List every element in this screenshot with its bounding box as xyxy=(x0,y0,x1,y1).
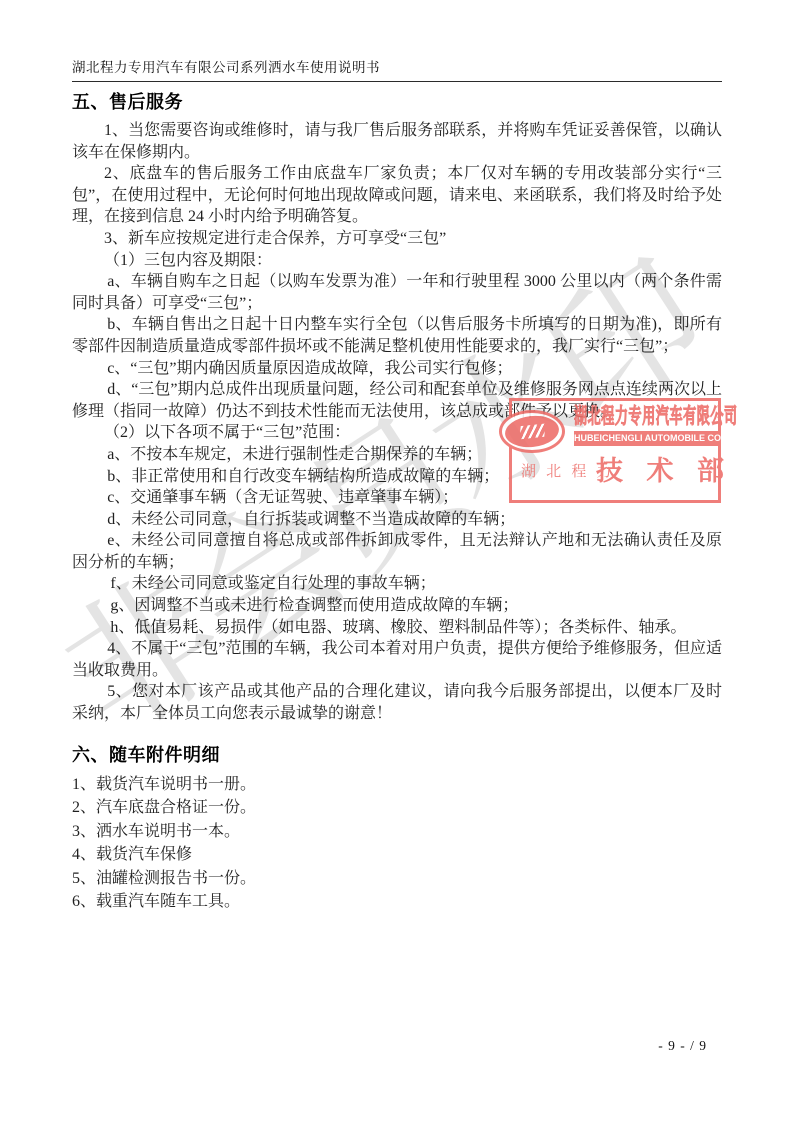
paragraph: g、因调整不当或未进行检查调整而使用造成故障的车辆； xyxy=(72,595,722,617)
list-item: 4、载货汽车保修 xyxy=(72,843,722,867)
paragraph: 5、您对本厂该产品或其他产品的合理化建议，请向我今后服务部提出，以便本厂及时采纳… xyxy=(72,681,722,724)
paragraph: h、低值易耗、易损件（如电器、玻璃、橡胶、塑料制品件等）；各类标件、轴承。 xyxy=(72,617,722,639)
section-after-sales-heading: 五、售后服务 xyxy=(72,88,722,114)
paragraph: b、车辆自售出之日起十日内整车实行全包（以售后服务卡所填写的日期为准)，即所有零… xyxy=(72,314,722,357)
list-item: 1、载货汽车说明书一册。 xyxy=(72,773,722,797)
paragraph: 3、新车应按规定进行走合保养，方可享受“三包” xyxy=(72,228,722,250)
list-item: 2、汽车底盘合格证一份。 xyxy=(72,796,722,820)
paragraph: 1、当您需要咨询或维修时，请与我厂售后服务部联系，并将购车凭证妥善保管，以确认该… xyxy=(72,120,722,163)
chengli-logo-inner xyxy=(504,413,561,449)
paragraph: c、“三包”期内确因质量原因造成故障，我公司实行包修； xyxy=(72,358,722,380)
page-number: - 9 - / 9 xyxy=(658,1038,707,1053)
list-item: 6、载重汽车随车工具。 xyxy=(72,890,722,914)
stamp-department: 技 术 部 xyxy=(596,449,724,488)
paragraph: 4、不属于“三包”范围的车辆，我公司本着对用户负责，提供方便给予维修服务，但应适… xyxy=(72,638,722,681)
paragraph: 2、底盘车的售后服务工作由底盘车厂家负责；本厂仅对车辆的专用改装部分实行“三包”… xyxy=(72,163,722,228)
stamp-company-name: 湖北程力专用汽车有限公司 xyxy=(574,406,738,428)
section-accessories-list: 1、载货汽车说明书一册。2、汽车底盘合格证一份。3、洒水车说明书一本。4、载货汽… xyxy=(72,773,722,914)
section-accessories-heading: 六、随车附件明细 xyxy=(72,741,722,767)
paragraph: e、未经公司同意擅自将总成或部件拆卸成零件，且无法辩认产地和无法确认责任及原因分… xyxy=(72,530,722,573)
stamp-company-name-en: HUBEICHENGLI AUTOMOBILE CO.,LTD xyxy=(574,431,721,446)
list-item: 5、油罐检测报告书一份。 xyxy=(72,867,722,891)
chengli-logo-icon xyxy=(499,410,565,453)
document-page: 非会员水印 湖北程力专用汽车有限公司系列洒水车使用说明书 五、售后服务 1、当您… xyxy=(0,0,793,1122)
paragraph: d、未经公司同意，自行拆装或调整不当造成故障的车辆； xyxy=(72,509,722,531)
paragraph: f、未经公司同意或鉴定自行处理的事故车辆； xyxy=(72,573,722,595)
company-stamp: 湖北程力专用汽车有限公司 HUBEICHENGLI AUTOMOBILE CO.… xyxy=(509,398,721,503)
list-item: 3、洒水车说明书一本。 xyxy=(72,820,722,844)
page-footer: - 9 - / 9 xyxy=(658,1038,707,1054)
paragraph: （1）三包内容及期限： xyxy=(72,250,722,272)
paragraph: a、车辆自购车之日起（以购车发票为准）一年和行驶里程 3000 公里以内（两个条… xyxy=(72,271,722,314)
header-title: 湖北程力专用汽车有限公司系列洒水车使用说明书 xyxy=(72,56,722,76)
page-header: 湖北程力专用汽车有限公司系列洒水车使用说明书 xyxy=(72,56,722,82)
chengli-logo-slashes xyxy=(520,424,546,440)
